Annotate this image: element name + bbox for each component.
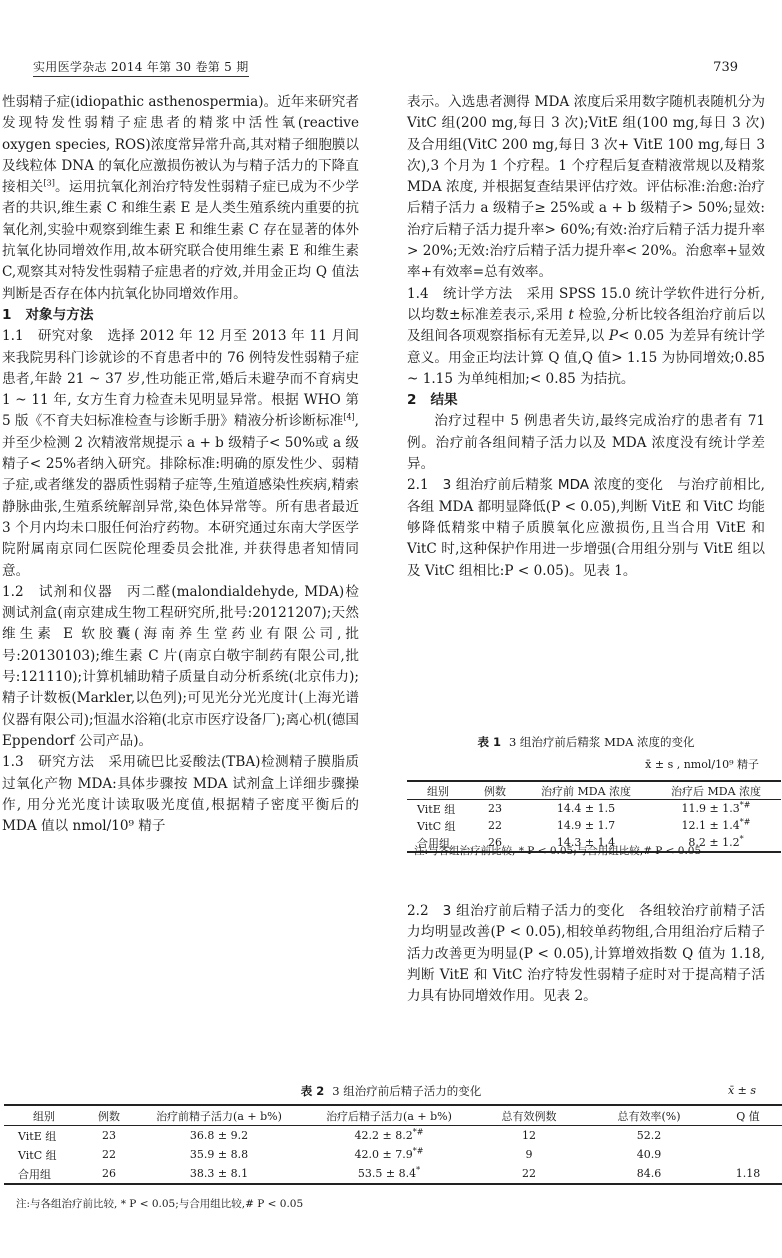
column-header: 治疗后精子活力(a + b%) — [304, 1105, 474, 1126]
column-header: 组别 — [4, 1105, 84, 1126]
section-heading-methods: 1对象与方法 — [2, 305, 359, 326]
table1-note: 注:与各组治疗前比较, * P < 0.05;与合用组比较,# P < 0.05 — [414, 843, 701, 858]
subsection-2-1: 2.13 组治疗前后精浆 MDA 浓度的变化与治疗前相比,各组 MDA 都明显降… — [407, 475, 765, 581]
table-header-row: 组别 例数 治疗前精子活力(a + b%) 治疗后精子活力(a + b%) 总有… — [4, 1105, 782, 1126]
table2-unit: x̄ ± s — [728, 1084, 756, 1097]
table-row: VitE 组 23 14.4 ± 1.5 11.9 ± 1.3*# — [407, 800, 781, 818]
table1-caption: 表 13 组治疗前后精浆 MDA 浓度的变化 — [407, 734, 765, 750]
methods-continued: 表示。入选患者测得 MDA 浓度后采用数字随机表随机分为 VitC 组(200 … — [407, 92, 765, 284]
column-header: 总有效例数 — [474, 1105, 584, 1126]
results-intro: 治疗过程中 5 例患者失访,最终完成治疗的患者有 71 例。治疗前各组间精子活力… — [407, 411, 765, 475]
subsection-2-2: 2.23 组治疗前后精子活力的变化各组较治疗前精子活力均明显改善(P < 0.0… — [407, 901, 765, 1007]
column-header: 治疗后 MDA 浓度 — [651, 781, 781, 800]
subsection-1-2: 1.2试剂和仪器丙二醛(malondialdehyde, MDA)检测试剂盒(南… — [2, 582, 359, 752]
table-header-row: 组别 例数 治疗前 MDA 浓度 治疗后 MDA 浓度 — [407, 781, 781, 800]
citation-ref: [3] — [43, 179, 54, 188]
page-number: 739 — [713, 60, 738, 75]
column-header: Q 值 — [714, 1105, 782, 1126]
significance-mark: * — [740, 834, 744, 843]
column-header: 例数 — [469, 781, 521, 800]
left-column: 性弱精子症(idiopathic asthenospermia)。近年来研究者发… — [2, 92, 359, 837]
subsection-1-4: 1.4统计学方法采用 SPSS 15.0 统计学软件进行分析,以均数±标准差表示… — [407, 284, 765, 390]
subsection-1-1: 1.1研究对象选择 2012 年 12 月至 2013 年 11 月间来我院男科… — [2, 326, 359, 582]
significance-mark: *# — [413, 1146, 424, 1155]
right-column-lower: 2.23 组治疗前后精子活力的变化各组较治疗前精子活力均明显改善(P < 0.0… — [407, 901, 765, 1007]
significance-mark: * — [416, 1165, 420, 1174]
subsection-1-3: 1.3研究方法采用硫巴比妥酸法(TBA)检测精子膜脂质过氧化产物 MDA:具体步… — [2, 752, 359, 837]
right-column: 表示。入选患者测得 MDA 浓度后采用数字随机表随机分为 VitC 组(200 … — [407, 92, 765, 582]
column-header: 总有效率(%) — [584, 1105, 714, 1126]
section-heading-results: 2结果 — [407, 390, 765, 411]
table2: 组别 例数 治疗前精子活力(a + b%) 治疗后精子活力(a + b%) 总有… — [4, 1104, 782, 1185]
table1-unit: x̄ ± s , nmol/10⁹ 精子 — [407, 756, 759, 772]
table-row: VitC 组 22 14.9 ± 1.7 12.1 ± 1.4*# — [407, 817, 781, 834]
significance-mark: *# — [413, 1127, 424, 1136]
column-header: 例数 — [84, 1105, 134, 1126]
significance-mark: *# — [740, 800, 751, 809]
table-row: 合用组 26 38.3 ± 8.1 53.5 ± 8.4* 22 84.6 1.… — [4, 1164, 782, 1184]
column-header: 组别 — [407, 781, 469, 800]
column-header: 治疗前精子活力(a + b%) — [134, 1105, 304, 1126]
table-row: VitE 组 23 36.8 ± 9.2 42.2 ± 8.2*# 12 52.… — [4, 1126, 782, 1146]
intro-paragraph: 性弱精子症(idiopathic asthenospermia)。近年来研究者发… — [2, 92, 359, 305]
significance-mark: *# — [740, 817, 751, 826]
table2-caption: 表 23 组治疗前后精子活力的变化 — [0, 1083, 782, 1099]
citation-ref: [4] — [343, 413, 354, 422]
table-row: VitC 组 22 35.9 ± 8.8 42.0 ± 7.9*# 9 40.9 — [4, 1145, 782, 1164]
column-header: 治疗前 MDA 浓度 — [521, 781, 651, 800]
table2-note: 注:与各组治疗前比较, * P < 0.05;与合用组比较,# P < 0.05 — [16, 1196, 303, 1211]
running-head: 实用医学杂志 2014 年第 30 卷第 5 期 — [33, 58, 249, 77]
